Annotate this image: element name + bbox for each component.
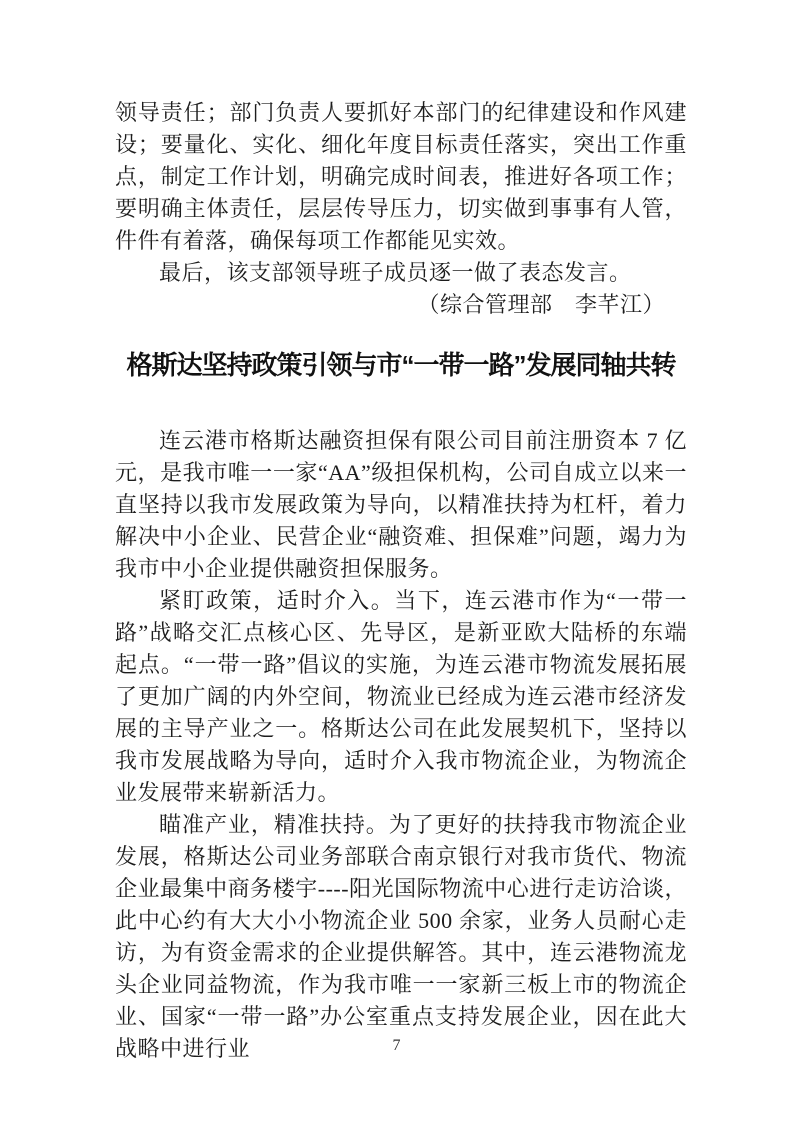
article-paragraph-3: 瞄准产业，精准扶持。为了更好的扶持我市物流企业发展，格斯达公司业务部联合南京银行… [115,809,687,1065]
page-content: 领导责任；部门负责人要抓好本部门的纪律建设和作风建设；要量化、实化、细化年度目标… [115,97,687,1065]
article-paragraph-1: 连云港市格斯达融资担保有限公司目前注册资本 7 亿元，是我市唯一一家“AA”级担… [115,425,687,585]
article-title: 格斯达坚持政策引领与市“一带一路”发展同轴共转 [115,347,687,383]
prev-article-continuation-paragraph: 领导责任；部门负责人要抓好本部门的纪律建设和作风建设；要量化、实化、细化年度目标… [115,97,687,257]
prev-article-byline: （综合管理部 李芊江） [115,289,687,321]
page-number: 7 [0,1036,793,1056]
prev-article-closing-line: 最后，该支部领导班子成员逐一做了表态发言。 [115,257,687,289]
document-page: 领导责任；部门负责人要抓好本部门的纪律建设和作风建设；要量化、实化、细化年度目标… [0,0,793,1122]
article-paragraph-2: 紧盯政策，适时介入。当下，连云港市作为“一带一路”战略交汇点核心区、先导区，是新… [115,585,687,809]
